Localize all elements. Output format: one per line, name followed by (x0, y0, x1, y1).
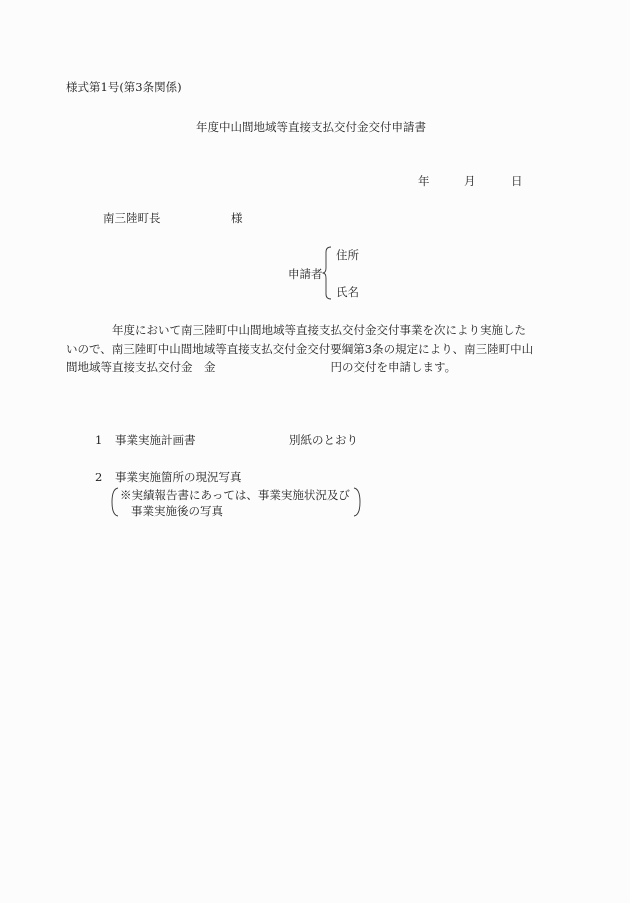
item-2-number: 2 (95, 472, 102, 484)
application-body-text: 年度において南三陸町中山間地域等直接支払交付金交付事業を次により実施した いので… (66, 321, 556, 377)
body-line-3: 間地域等直接支払交付金 金 円の交付を申請します。 (66, 358, 556, 377)
item-2-label: 事業実施箇所の現況写真 (115, 472, 242, 484)
addressee-name: 南三陸町長 (103, 213, 161, 225)
date-day-label: 日 (511, 176, 523, 188)
item-1-value: 別紙のとおり (289, 435, 358, 447)
left-curly-brace-icon (322, 246, 332, 300)
item-1-label: 事業実施計画書 (115, 435, 196, 447)
item-2-note-line-2: 事業実施後の写真 (131, 506, 223, 518)
left-paren-bracket-icon (111, 487, 119, 517)
date-year-label: 年 (418, 176, 430, 188)
item-2-note-line-1: ※実績報告書にあっては、事業実施状況及び (120, 490, 350, 502)
body-line-2: いので、南三陸町中山間地域等直接支払交付金交付要綱第3条の規定により、南三陸町中… (66, 340, 556, 359)
form-number: 様式第1号(第3条関係) (66, 82, 182, 94)
document-title: 年度中山間地域等直接支払交付金交付申請書 (196, 122, 426, 134)
applicant-name-label: 氏名 (336, 287, 359, 299)
body-line-1: 年度において南三陸町中山間地域等直接支払交付金交付事業を次により実施した (66, 321, 556, 340)
item-1-number: 1 (95, 435, 102, 447)
right-paren-bracket-icon (353, 487, 361, 517)
applicant-address-label: 住所 (336, 250, 359, 262)
addressee-honorific: 様 (231, 213, 243, 225)
applicant-label: 申請者 (288, 269, 323, 281)
date-month-label: 月 (464, 176, 476, 188)
